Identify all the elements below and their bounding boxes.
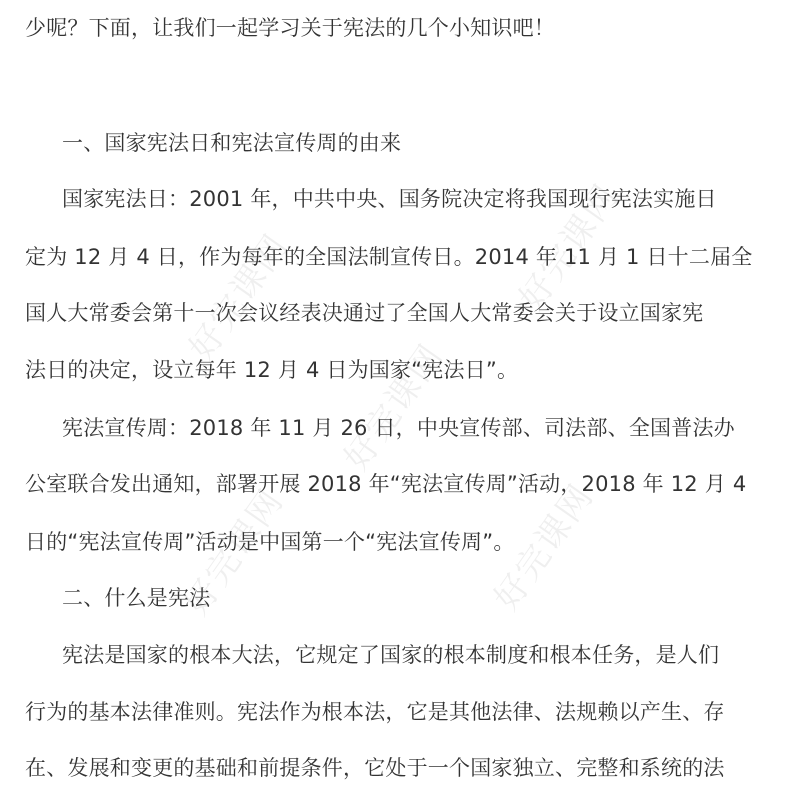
document-page: 好完课网 好完课网 好完课网 好完课网 好完课网 少呢？下面，让我们一起学习关于… (0, 0, 800, 800)
text-line: 少呢？下面，让我们一起学习关于宪法的几个小知识吧！ (25, 13, 555, 43)
text-line: 日的“宪法宣传周”活动是中国第一个“宪法宣传周”。 (25, 527, 515, 557)
text-line: 国家宪法日：2001 年，中共中央、国务院决定将我国现行宪法实施日 (62, 184, 717, 214)
text-line: 在、发展和变更的基础和前提条件，它处于一个国家独立、完整和系统的法 (25, 753, 725, 783)
text-line: 法日的决定，设立每年 12 月 4 日为国家“宪法日”。 (25, 355, 518, 385)
section-heading: 二、什么是宪法 (62, 583, 210, 613)
text-line: 国人大常委会第十一次会议经表决通过了全国人大常委会关于设立国家宪 (25, 298, 703, 328)
text-line: 公室联合发出通知，部署开展 2018 年“宪法宣传周”活动，2018 年 12 … (25, 469, 746, 499)
text-line: 宪法是国家的根本大法，它规定了国家的根本制度和根本任务，是人们 (62, 640, 719, 670)
text-line: 行为的基本法律准则。宪法作为根本法，它是其他法律、法规赖以产生、存 (25, 697, 725, 727)
text-line: 定为 12 月 4 日，作为每年的全国法制宣传日。2014 年 11 月 1 日… (25, 242, 752, 272)
watermark: 好完课网 (330, 332, 453, 478)
text-line: 宪法宣传周：2018 年 11 月 26 日，中央宣传部、司法部、全国普法办 (62, 413, 735, 443)
section-heading: 一、国家宪法日和宪法宣传周的由来 (62, 128, 401, 158)
